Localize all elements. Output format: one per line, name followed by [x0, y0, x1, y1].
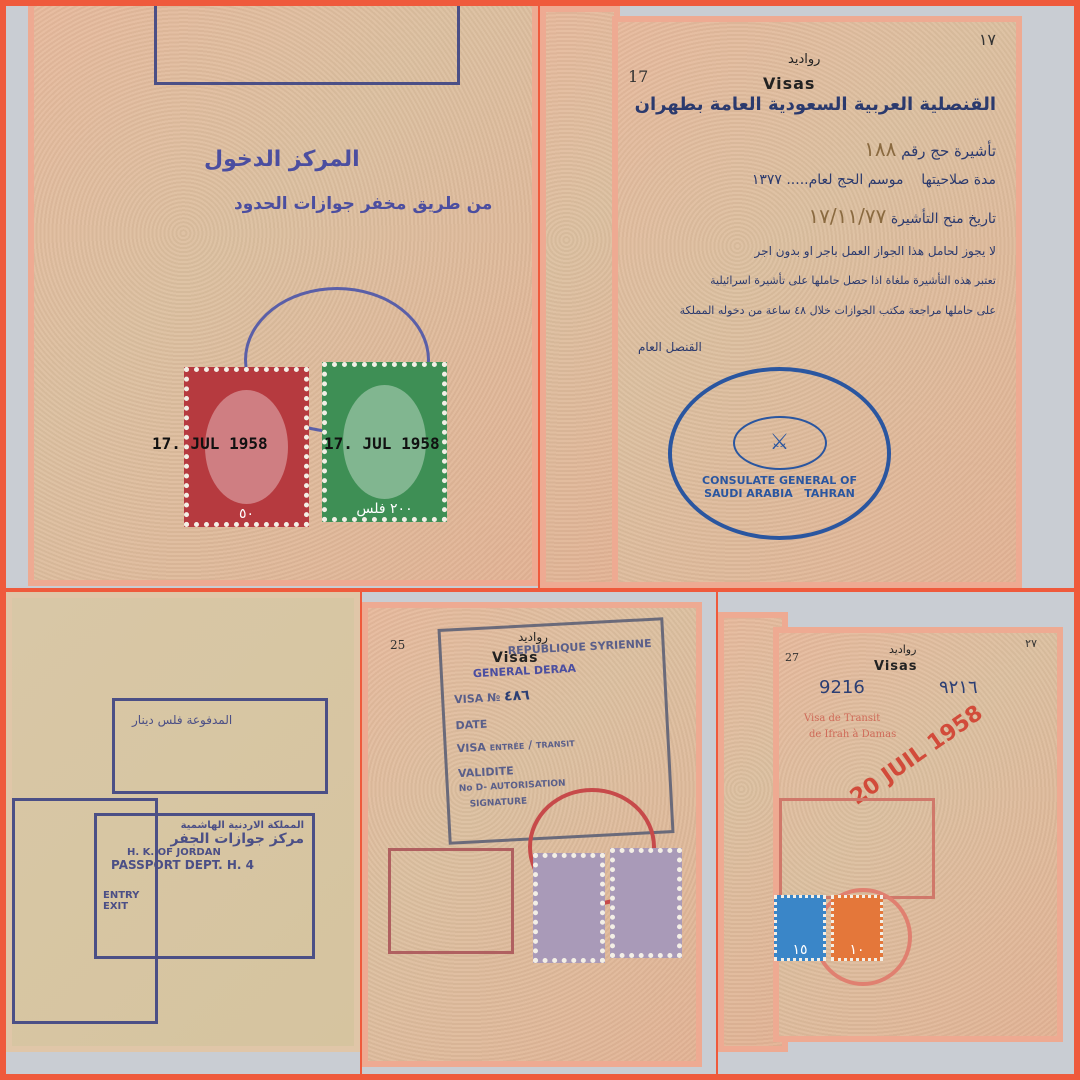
- photo-panel-syria-visa: 25 رواديد Visas REPUBLIQUE SYRIENNE GENE…: [362, 592, 716, 1074]
- header-arabic: رواديد: [889, 643, 916, 656]
- visas-heading: Visas: [763, 74, 815, 93]
- passport-page: المركز الدخول من طريق مخفر جوازات الحدود…: [28, 6, 538, 586]
- passport-page: 27 ٢٧ رواديد Visas 9216 ٩٢١٦ Visa de Tra…: [773, 627, 1063, 1042]
- transit-line-2: de Ifrah à Damas: [809, 729, 896, 740]
- visa-number-arabic: ٩٢١٦: [939, 677, 978, 698]
- note-2: تعتبر هذه التأشيرة ملغاة اذا حصل حاملها …: [710, 274, 996, 287]
- passport-page-left: [540, 6, 620, 588]
- revenue-stamp-2: [610, 848, 682, 958]
- date-cancel-1: 17. JUL 1958: [152, 434, 268, 453]
- page-number-arabic: ١٧: [979, 30, 996, 49]
- visa-number: 9216: [819, 677, 865, 698]
- passport-page: 17 ١٧ رواديد Visas القنصلية العربية السع…: [612, 16, 1022, 588]
- consul-signature-label: القنصل العام: [638, 340, 702, 354]
- fee-labels: المدفوعة فلس دينار: [132, 713, 232, 727]
- validity-row: مدة صلاحيتها موسم الحج لعام..... ١٣٧٧: [752, 172, 996, 188]
- note-3: على حاملها مراجعة مكتب الجوازات خلال ٤٨ …: [680, 304, 996, 317]
- consulate-name: القنصلية العربية السعودية العامة بطهران: [635, 94, 996, 115]
- photo-panel-transit-visa: 27 ٢٧ رواديد Visas 9216 ٩٢١٦ Visa de Tra…: [718, 592, 1074, 1074]
- header-arabic: رواديد: [788, 52, 820, 67]
- photo-panel-iraq-entry: المركز الدخول من طريق مخفر جوازات الحدود…: [6, 6, 538, 588]
- entry-stamp-line-2: من طريق مخفر جوازات الحدود: [234, 194, 492, 214]
- transit-line-1: Visa de Transit: [804, 713, 880, 724]
- visas-heading: Visas: [874, 659, 918, 674]
- passport-page: المدفوعة فلس دينار المملكة الاردنية الها…: [6, 592, 360, 1052]
- page-number: 25: [390, 638, 405, 652]
- photo-panel-saudi-visa: 17 ١٧ رواديد Visas القنصلية العربية السع…: [540, 6, 1074, 588]
- small-rectangular-stamp: [388, 848, 514, 954]
- jordan-passport-stamp: المملكة الاردنية الهاشمية مركز جوازات ال…: [94, 813, 315, 959]
- entry-stamp-line-1: المركز الدخول: [204, 147, 360, 172]
- consulate-seal: ⚔ CONSULATE GENERAL OF SAUDI ARABIA TAHR…: [668, 367, 891, 540]
- date-cancel-2: 17. JUL 1958: [324, 434, 440, 453]
- rectangular-stamp: [154, 6, 460, 85]
- page-number-arabic: ٢٧: [1025, 637, 1037, 650]
- revenue-stamp-blue: ١٥: [774, 895, 826, 961]
- revenue-stamp-1: [533, 853, 605, 963]
- photo-panel-jordan-stamps: المدفوعة فلس دينار المملكة الاردنية الها…: [6, 592, 360, 1074]
- passport-page: 25 رواديد Visas REPUBLIQUE SYRIENNE GENE…: [362, 602, 702, 1067]
- revenue-stamp-orange: ١٠: [831, 895, 883, 961]
- hajj-number-row: تأشيرة حج رقم ١٨٨: [864, 137, 996, 161]
- page-number: 27: [785, 651, 799, 664]
- palm-swords-emblem-icon: ⚔: [733, 416, 827, 470]
- page-number: 17: [628, 67, 648, 86]
- date-row: تاريخ منح التأشيرة ١٧/١١/٧٧: [808, 204, 996, 228]
- red-rectangular-stamp: [779, 798, 935, 899]
- note-1: لا يجوز لحامل هذا الجواز العمل باجر او ب…: [755, 244, 996, 258]
